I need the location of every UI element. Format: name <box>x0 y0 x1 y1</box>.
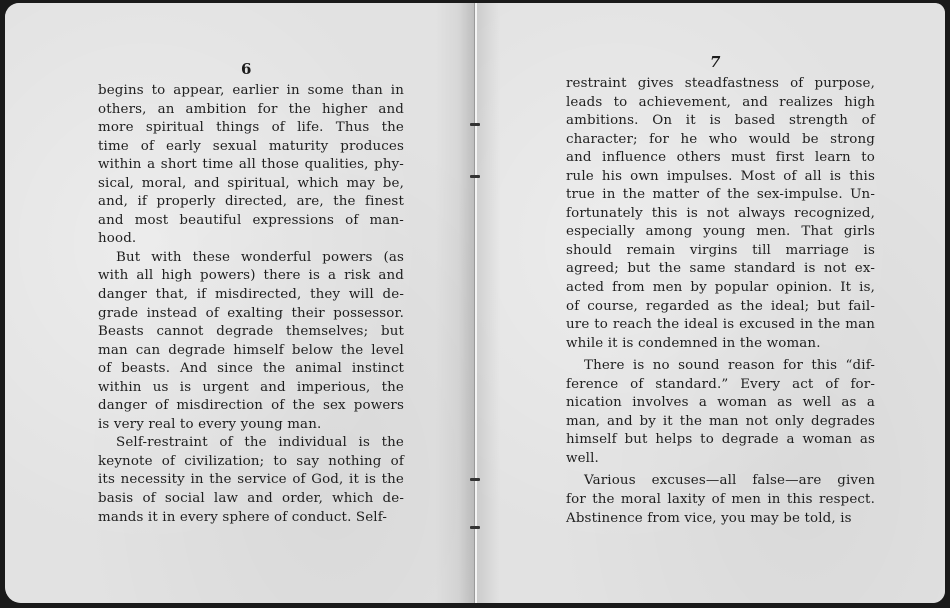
text-line: keynote of civilization; to say nothing … <box>98 453 404 472</box>
right-page-text: restraint gives steadfastness of purpose… <box>566 75 875 528</box>
text-line: ure to reach the ideal is excused in the… <box>566 316 875 335</box>
text-line: Abstinence from vice, you may be told, i… <box>566 510 875 529</box>
text-line: with all high powers) there is a risk an… <box>98 267 404 286</box>
text-line: time of early sexual maturity produces <box>98 138 404 157</box>
text-line: ambitions. On it is based strength of <box>566 112 875 131</box>
text-line: danger of misdirection of the sex powers <box>98 397 404 416</box>
text-line: more spiritual things of life. Thus the <box>98 119 404 138</box>
text-line: nication involves a woman as well as a <box>566 394 875 413</box>
text-line: man can degrade himself below the level <box>98 342 404 361</box>
text-line: well. <box>566 450 875 469</box>
text-line: and influence others must first learn to <box>566 149 875 168</box>
staple-mark <box>470 478 480 481</box>
text-line: hood. <box>98 230 404 249</box>
left-page: 6 begins to appear, earlier in some than… <box>5 3 474 603</box>
paragraph: But with these wonderful powers (aswith … <box>98 249 404 434</box>
staple-mark <box>470 123 480 126</box>
text-line: and, if properly directed, are, the fine… <box>98 193 404 212</box>
text-line: its necessity in the service of God, it … <box>98 471 404 490</box>
text-line: should remain virgins till marriage is <box>566 242 875 261</box>
text-line: But with these wonderful powers (as <box>98 249 404 268</box>
text-line: character; for he who would be strong <box>566 131 875 150</box>
book-spine <box>474 3 477 603</box>
text-line: within a short time all those qualities,… <box>98 156 404 175</box>
text-line: Various excuses—all false—are given <box>566 472 875 491</box>
text-line: begins to appear, earlier in some than i… <box>98 82 404 101</box>
text-line: especially among young men. That girls <box>566 223 875 242</box>
text-line: within us is urgent and imperious, the <box>98 379 404 398</box>
text-line: others, an ambition for the higher and <box>98 101 404 120</box>
text-line: grade instead of exalting their possesso… <box>98 305 404 324</box>
text-line: himself but helps to degrade a woman as <box>566 431 875 450</box>
text-line: Beasts cannot degrade themselves; but <box>98 323 404 342</box>
paragraph: restraint gives steadfastness of purpose… <box>566 75 875 353</box>
text-line: basis of social law and order, which de- <box>98 490 404 509</box>
text-line: danger that, if misdirected, they will d… <box>98 286 404 305</box>
text-line: man, and by it the man not only degrades <box>566 413 875 432</box>
text-line: There is no sound reason for this “dif- <box>566 357 875 376</box>
staple-mark <box>470 526 480 529</box>
paragraph: Self-restraint of the individual is thek… <box>98 434 404 527</box>
text-line: sical, moral, and spiritual, which may b… <box>98 175 404 194</box>
right-page: 7 restraint gives steadfastness of purpo… <box>476 3 945 603</box>
page-number-right: 7 <box>710 53 720 71</box>
text-line: of course, regarded as the ideal; but fa… <box>566 298 875 317</box>
paragraph: Various excuses—all false—are givenfor t… <box>566 472 875 528</box>
page-number-left: 6 <box>241 60 251 78</box>
gutter-shadow <box>476 3 500 603</box>
gutter-shadow <box>435 3 474 603</box>
text-line: Self-restraint of the individual is the <box>98 434 404 453</box>
text-line: agreed; but the same standard is not ex- <box>566 260 875 279</box>
text-line: leads to achievement, and realizes high <box>566 94 875 113</box>
text-line: of beasts. And since the animal instinct <box>98 360 404 379</box>
text-line: mands it in every sphere of conduct. Sel… <box>98 509 404 528</box>
text-line: rule his own impulses. Most of all is th… <box>566 168 875 187</box>
paragraph: There is no sound reason for this “dif-f… <box>566 357 875 468</box>
text-line: is very real to every young man. <box>98 416 404 435</box>
text-line: and most beautiful expressions of man- <box>98 212 404 231</box>
text-line: true in the matter of the sex-impulse. U… <box>566 186 875 205</box>
staple-mark <box>470 175 480 178</box>
left-page-text: begins to appear, earlier in some than i… <box>98 82 404 527</box>
text-line: acted from men by popular opinion. It is… <box>566 279 875 298</box>
text-line: for the moral laxity of men in this resp… <box>566 491 875 510</box>
text-line: ference of standard.” Every act of for- <box>566 376 875 395</box>
text-line: restraint gives steadfastness of purpose… <box>566 75 875 94</box>
paragraph: begins to appear, earlier in some than i… <box>98 82 404 249</box>
text-line: fortunately this is not always recognize… <box>566 205 875 224</box>
booklet-spread: 6 begins to appear, earlier in some than… <box>5 3 945 603</box>
text-line: while it is condemned in the woman. <box>566 335 875 354</box>
